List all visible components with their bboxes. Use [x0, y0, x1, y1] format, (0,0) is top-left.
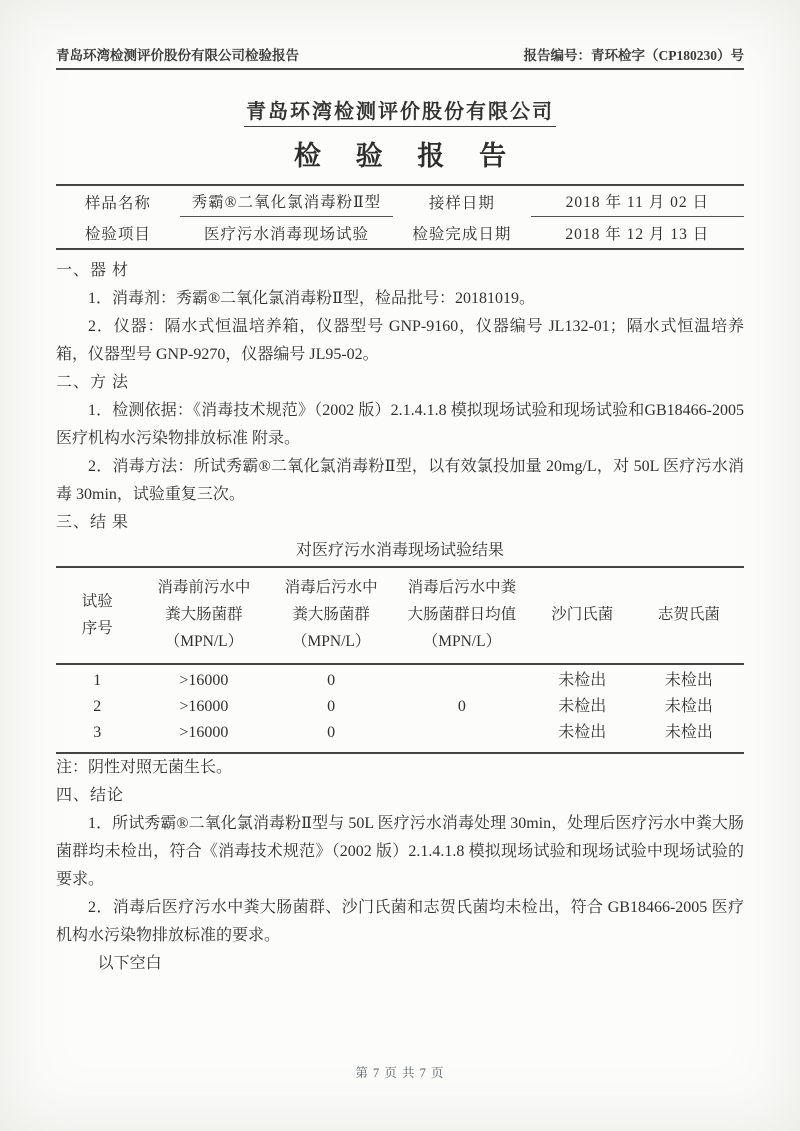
- report-title: 检 验 报 告: [0, 134, 800, 173]
- section-heading-conclusion: 四、结论: [56, 782, 744, 810]
- sample-info-table: 样品名称 秀霸®二氧化氯消毒粉Ⅱ型 接样日期 2018 年 11 月 02 日 …: [56, 184, 744, 250]
- table-row: 1 >16000 0 未检出 未检出: [56, 668, 744, 694]
- results-table: 试验 序号 消毒前污水中 粪大肠菌群 （MPN/L） 消毒后污水中 粪大肠菌群 …: [56, 566, 744, 754]
- results-table-header: 试验 序号 消毒前污水中 粪大肠菌群 （MPN/L） 消毒后污水中 粪大肠菌群 …: [56, 568, 744, 665]
- report-body: 一、器 材 1．消毒剂：秀霸®二氧化氯消毒粉Ⅱ型，检品批号：20181019。 …: [56, 257, 744, 978]
- report-page: 青岛环湾检测评价股份有限公司检验报告 报告编号：青环检字（CP180230）号 …: [0, 0, 800, 1131]
- page-number: 第 7 页 共 7 页: [0, 1063, 800, 1081]
- section-heading-methods: 二、方 法: [56, 369, 744, 397]
- company-title: 青岛环湾检测评价股份有限公司: [0, 95, 800, 127]
- complete-date-label: 检验完成日期: [393, 217, 531, 248]
- receive-date-label: 接样日期: [393, 186, 531, 217]
- methods-paragraph-2: 2．消毒方法：所试秀霸®二氧化氯消毒粉Ⅱ型，以有效氯投加量 20mg/L，对 5…: [56, 453, 744, 509]
- conclusion-paragraph-1: 1．所试秀霸®二氧化氯消毒粉Ⅱ型与 50L 医疗污水消毒处理 30min，处理后…: [56, 810, 744, 894]
- column-header-trial-no: 试验 序号: [56, 574, 139, 655]
- header-report-number: 报告编号：青环检字（CP180230）号: [524, 44, 745, 64]
- test-item-label: 检验项目: [56, 217, 180, 248]
- materials-paragraph-2: 2．仪器：隔水式恒温培养箱，仪器型号 GNP-9160，仪器编号 JL132-0…: [56, 313, 744, 369]
- receive-date-value: 2018 年 11 月 02 日: [531, 186, 744, 217]
- sample-name-label: 样品名称: [56, 186, 180, 217]
- sample-info-row: 检验项目 医疗污水消毒现场试验 检验完成日期 2018 年 12 月 13 日: [56, 217, 744, 248]
- results-table-body: 1 >16000 0 未检出 未检出 2 >16000 0 0 未检出 未检出 …: [56, 665, 744, 752]
- table-row: 3 >16000 0 未检出 未检出: [56, 720, 744, 746]
- column-header-shigella: 志贺氏菌: [634, 574, 744, 655]
- table-row: 2 >16000 0 0 未检出 未检出: [56, 694, 744, 720]
- methods-paragraph-1: 1．检测依据：《消毒技术规范》（2002 版）2.1.4.1.8 模拟现场试验和…: [56, 397, 744, 453]
- sample-info-row: 样品名称 秀霸®二氧化氯消毒粉Ⅱ型 接样日期 2018 年 11 月 02 日: [56, 186, 744, 217]
- page-header: 青岛环湾检测评价股份有限公司检验报告 报告编号：青环检字（CP180230）号: [56, 44, 744, 70]
- materials-paragraph-1: 1．消毒剂：秀霸®二氧化氯消毒粉Ⅱ型，检品批号：20181019。: [56, 285, 744, 313]
- blank-below-marker: 以下空白: [56, 950, 744, 978]
- column-header-salmonella: 沙门氏菌: [531, 574, 634, 655]
- conclusion-paragraph-2: 2．消毒后医疗污水中粪大肠菌群、沙门氏菌和志贺氏菌均未检出，符合 GB18466…: [56, 894, 744, 950]
- sample-name-value: 秀霸®二氧化氯消毒粉Ⅱ型: [180, 186, 393, 217]
- column-header-daily-average: 消毒后污水中粪 大肠菌群日均值 （MPN/L）: [393, 574, 531, 655]
- test-item-value: 医疗污水消毒现场试验: [180, 217, 393, 248]
- header-left-title: 青岛环湾检测评价股份有限公司检验报告: [56, 44, 299, 64]
- results-table-title: 对医疗污水消毒现场试验结果: [56, 537, 744, 565]
- section-heading-materials: 一、器 材: [56, 257, 744, 285]
- column-header-after-disinfection: 消毒后污水中 粪大肠菌群 （MPN/L）: [269, 574, 393, 655]
- results-note: 注：阴性对照无菌生长。: [56, 754, 744, 782]
- column-header-before-disinfection: 消毒前污水中 粪大肠菌群 （MPN/L）: [139, 574, 270, 655]
- section-heading-results: 三、结 果: [56, 509, 744, 537]
- complete-date-value: 2018 年 12 月 13 日: [531, 217, 744, 248]
